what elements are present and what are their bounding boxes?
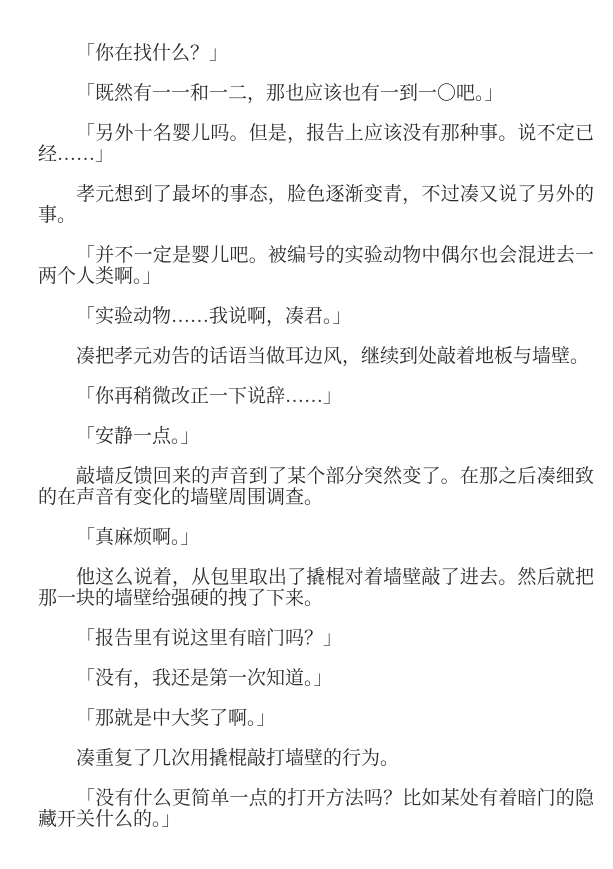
paragraph-dialogue-3: 「另外十名婴儿吗。但是，报告上应该没有那种事。说不定已经……」	[38, 123, 594, 165]
text-block: 「你在找什么？」 「既然有一一和一二，那也应该也有一到一〇吧。」 「另外十名婴儿…	[38, 43, 594, 830]
paragraph-narration-3: 敲墙反馈回来的声音到了某个部分突然变了。在那之后凑细致的在声音有变化的墙壁周围调…	[38, 466, 594, 508]
document-page: 「你在找什么？」 「既然有一一和一二，那也应该也有一到一〇吧。」 「另外十名婴儿…	[0, 0, 613, 869]
paragraph-dialogue-7: 「安静一点。」	[38, 426, 594, 447]
paragraph-dialogue-9: 「报告里有说这里有暗门吗？」	[38, 628, 594, 649]
paragraph-dialogue-8: 「真麻烦啊。」	[38, 527, 594, 548]
paragraph-narration-4: 他这么说着，从包里取出了撬棍对着墙壁敲了进去。然后就把那一块的墙壁给强硬的拽了下…	[38, 567, 594, 609]
paragraph-dialogue-10: 「没有，我还是第一次知道。」	[38, 668, 594, 689]
paragraph-dialogue-2: 「既然有一一和一二，那也应该也有一到一〇吧。」	[38, 83, 594, 104]
paragraph-narration-2: 凑把孝元劝告的话语当做耳边风，继续到处敲着地板与墙壁。	[38, 346, 594, 367]
paragraph-narration-5: 凑重复了几次用撬棍敲打墙壁的行为。	[38, 748, 594, 769]
paragraph-dialogue-6: 「你再稍微改正一下说辞……」	[38, 386, 594, 407]
paragraph-dialogue-5: 「实验动物……我说啊，凑君。」	[38, 306, 594, 327]
paragraph-dialogue-11: 「那就是中大奖了啊。」	[38, 708, 594, 729]
paragraph-narration-1: 孝元想到了最坏的事态，脸色逐渐变青，不过凑又说了另外的事。	[38, 184, 594, 226]
paragraph-dialogue-1: 「你在找什么？」	[38, 43, 594, 64]
paragraph-dialogue-12: 「没有什么更简单一点的打开方法吗？比如某处有着暗门的隐藏开关什么的。」	[38, 788, 594, 830]
paragraph-dialogue-4: 「并不一定是婴儿吧。被编号的实验动物中偶尔也会混进去一两个人类啊。」	[38, 245, 594, 287]
